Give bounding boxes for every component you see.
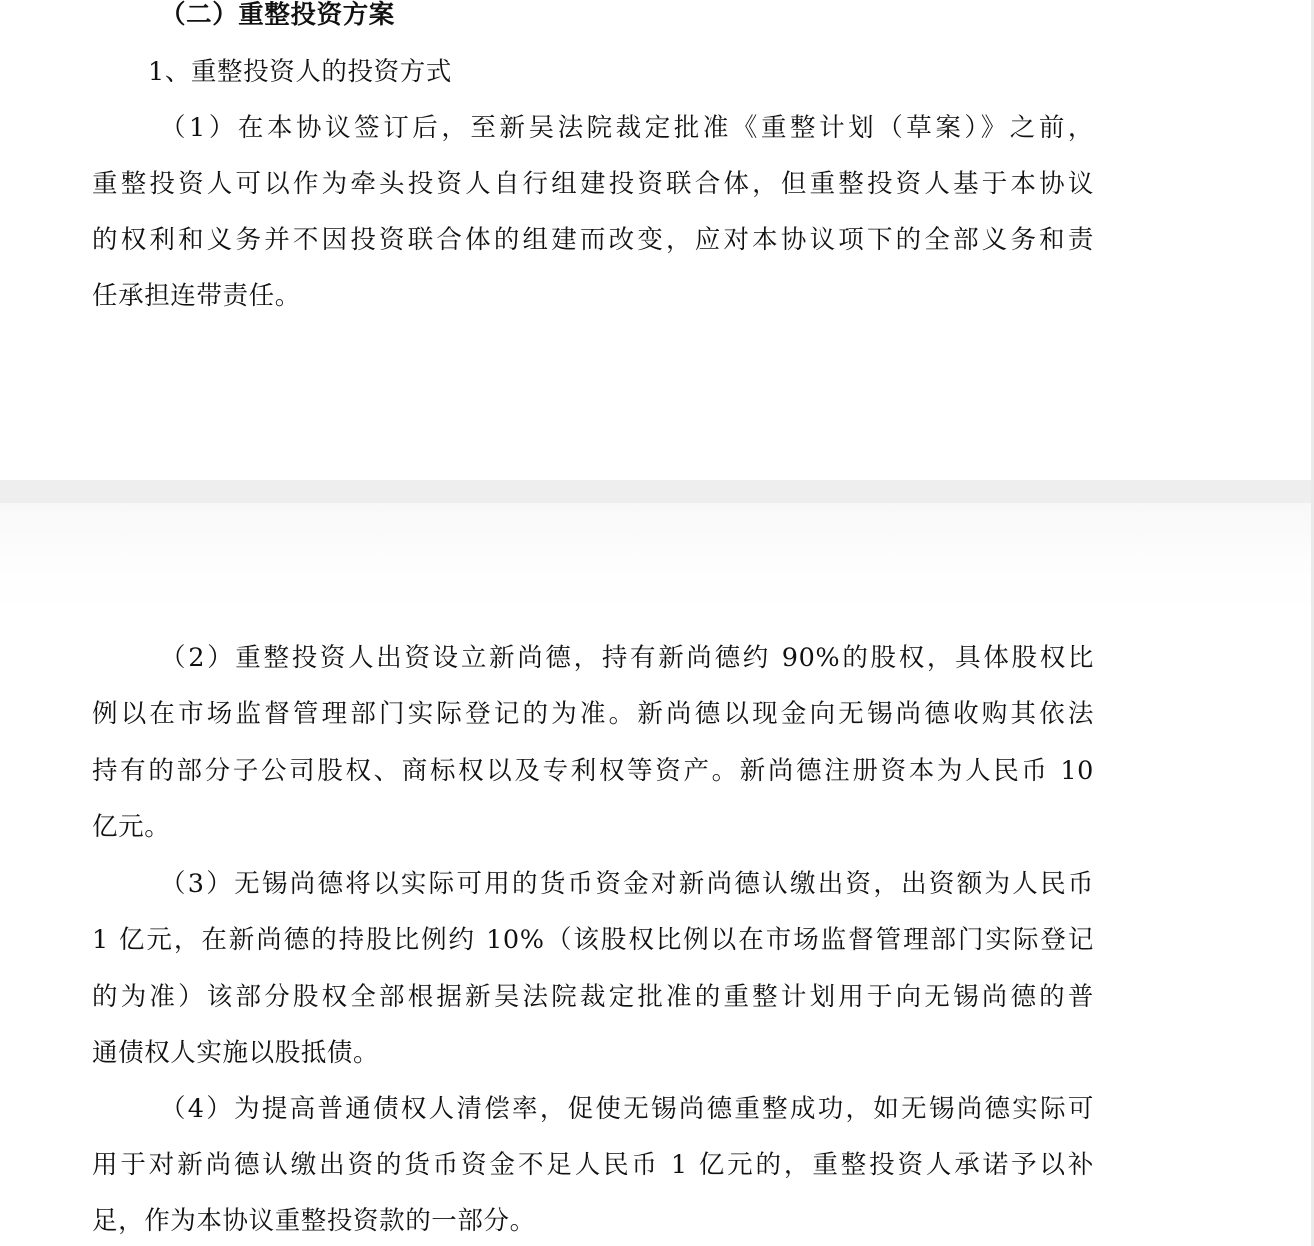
paragraph-line: 的为准）该部分股权全部根据新吴法院裁定批准的重整计划用于向无锡尚德的普 [92,982,1094,1012]
paragraph-line: （4）为提高普通债权人清偿率，促使无锡尚德重整成功，如无锡尚德实际可 [160,1094,1094,1124]
paragraph-line: 亿元。 [92,812,170,842]
paragraph-line: 1 亿元，在新尚德的持股比例约 10%（该股权比例以在市场监督管理部门实际登记 [92,925,1094,955]
paragraph-line: （1）在本协议签订后，至新吴法院裁定批准《重整计划（草案）》之前， [160,113,1094,143]
paragraph-line: 通债权人实施以股抵债。 [92,1038,379,1068]
paragraph-line: （2）重整投资人出资设立新尚德，持有新尚德约 90%的股权，具体股权比 [160,643,1094,673]
paragraph-line: 例以在市场监督管理部门实际登记的为准。新尚德以现金向无锡尚德收购其依法 [92,699,1094,729]
paragraph-line: （3）无锡尚德将以实际可用的货币资金对新尚德认缴出资，出资额为人民币 [160,869,1094,899]
section-heading: （二）重整投资方案 [160,0,395,30]
paragraph-line: 重整投资人可以作为牵头投资人自行组建投资联合体，但重整投资人基于本协议 [92,169,1094,199]
page-separator [0,480,1314,503]
paragraph-line: 足，作为本协议重整投资款的一部分。 [92,1206,536,1236]
paragraph-line: 持有的部分子公司股权、商标权以及专利权等资产。新尚德注册资本为人民币 10 [92,756,1094,786]
subheading: 1、重整投资人的投资方式 [148,57,452,87]
paragraph-line: 的权利和义务并不因投资联合体的组建而改变，应对本协议项下的全部义务和责 [92,225,1094,255]
paragraph-line: 任承担连带责任。 [92,281,301,311]
document-page-1: （二）重整投资方案 1、重整投资人的投资方式 （1）在本协议签订后，至新吴法院裁… [0,0,1311,480]
paragraph-line: 用于对新尚德认缴出资的货币资金不足人民币 1 亿元的，重整投资人承诺予以补 [92,1150,1094,1180]
